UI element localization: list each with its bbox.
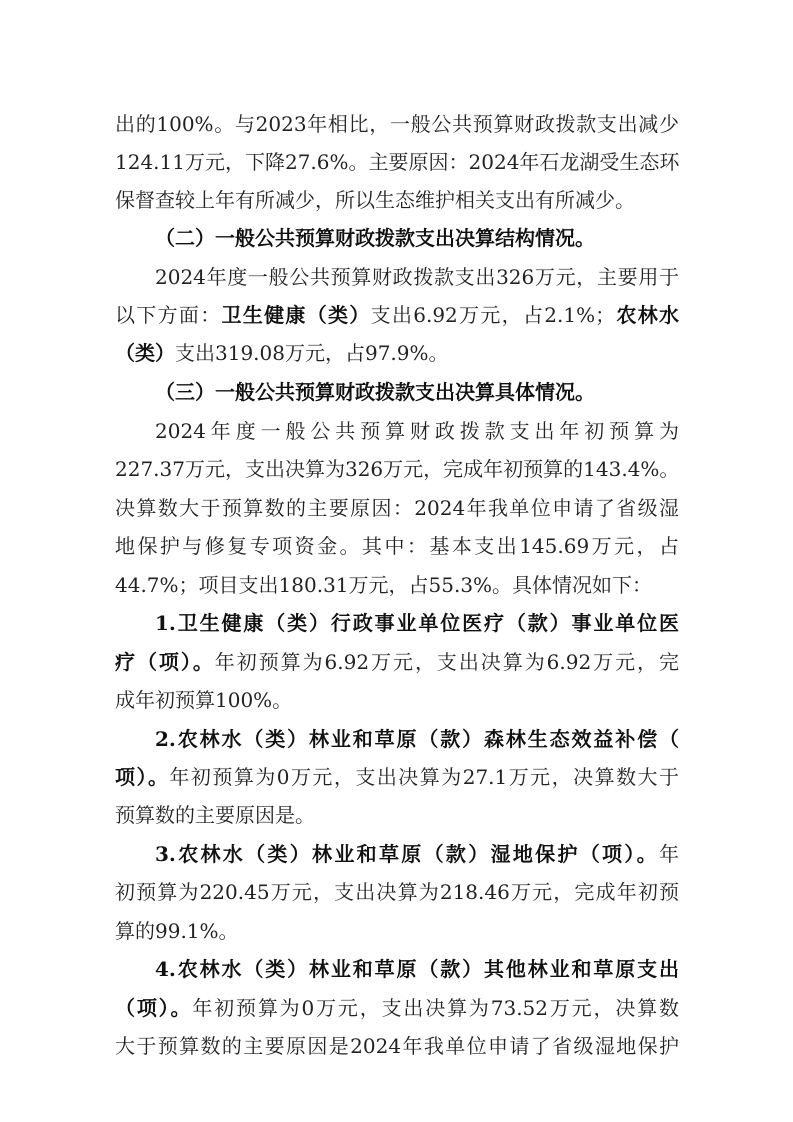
- paragraph-line: 初预算为220.45万元，支出决算为218.46万元，完成年初预: [115, 877, 679, 907]
- paragraph-line: 227.37万元，支出决算为326万元，完成年初预算的143.4%。: [115, 454, 679, 484]
- paragraph-line: 44.7%；项目支出180.31万元，占55.3%。具体情况如下：: [115, 570, 679, 600]
- text-run: 以下方面：: [115, 303, 222, 327]
- paragraph-line: 算的99.1%。: [115, 916, 679, 946]
- paragraph-line: 预算数的主要原因是。: [115, 800, 679, 830]
- text-run: 227.37万元，支出决算为326万元，完成年初预算的143.4%。: [115, 457, 679, 481]
- paragraph-line: （类）支出319.08万元，占97.9%。: [115, 338, 679, 368]
- item-title: 疗（项）。: [115, 650, 215, 674]
- heading-text: （三）一般公共预算财政拨款支出决算具体情况。: [155, 380, 595, 404]
- paragraph-line: 成年初预算100%。: [115, 685, 679, 715]
- paragraph-line: 124.11万元，下降27.6%。主要原因：2024年石龙湖受生态环: [115, 147, 679, 177]
- text-run: 年初预算为0万元，支出决算为27.1万元，决算数大于: [169, 765, 679, 789]
- text-run: 地保护与修复专项资金。其中：基本支出145.69万元，占: [115, 534, 679, 558]
- paragraph-line: 大于预算数的主要原因是2024年我单位申请了省级湿地保护: [115, 1031, 679, 1061]
- item-title: 1.卫生健康（类）行政事业单位医疗（款）事业单位医: [155, 611, 679, 635]
- item-title: （项）。: [115, 996, 192, 1020]
- text-run: 预算数的主要原因是。: [115, 803, 315, 827]
- bold-term: （类）: [115, 341, 175, 365]
- paragraph-line: 以下方面：卫生健康（类）支出6.92万元，占2.1%；农林水: [115, 300, 679, 330]
- text-run: 成年初预算100%。: [115, 688, 292, 712]
- paragraph-line: （项）。年初预算为0万元，支出决算为73.52万元，决算数: [115, 993, 679, 1023]
- text-run: 2024年度一般公共预算财政拨款支出年初预算为: [155, 419, 679, 443]
- text-run: 支出319.08万元，占97.9%。: [175, 341, 449, 365]
- item-title: 3.农林水（类）林业和草原（款）湿地保护（项）。: [155, 842, 659, 866]
- text-run: 44.7%；项目支出180.31万元，占55.3%。具体情况如下：: [115, 573, 652, 597]
- text-run: 保督查较上年有所减少，所以生态维护相关支出有所减少。: [115, 188, 635, 212]
- item-title: 项）。: [115, 765, 169, 789]
- paragraph-line: 地保护与修复专项资金。其中：基本支出145.69万元，占: [115, 531, 679, 561]
- paragraph-line: 项）。年初预算为0万元，支出决算为27.1万元，决算数大于: [115, 762, 679, 792]
- paragraph-line: 2024年度一般公共预算财政拨款支出年初预算为: [155, 416, 679, 446]
- paragraph-line: 出的100%。与2023年相比，一般公共预算财政拨款支出减少: [115, 109, 679, 139]
- text-run: 决算数大于预算数的主要原因：2024年我单位申请了省级湿: [115, 496, 679, 520]
- text-run: 算的99.1%。: [115, 919, 239, 943]
- heading-text: （二）一般公共预算财政拨款支出决算结构情况。: [155, 226, 595, 250]
- item-title: 2.农林水（类）林业和草原（款）森林生态效益补偿（: [155, 727, 679, 751]
- paragraph-line: 2024年度一般公共预算财政拨款支出326万元，主要用于: [155, 262, 679, 292]
- item-2-heading: 2.农林水（类）林业和草原（款）森林生态效益补偿（: [155, 724, 679, 754]
- text-run: 支出6.92万元，占2.1%；: [371, 303, 615, 327]
- text-run: 年初预算为6.92万元，支出决算为6.92万元，完: [215, 650, 679, 674]
- section-heading-3: （三）一般公共预算财政拨款支出决算具体情况。: [155, 377, 595, 407]
- text-run: 年初预算为0万元，支出决算为73.52万元，决算数: [192, 996, 679, 1020]
- paragraph-line: 决算数大于预算数的主要原因：2024年我单位申请了省级湿: [115, 493, 679, 523]
- paragraph-line: 疗（项）。年初预算为6.92万元，支出决算为6.92万元，完: [115, 647, 679, 677]
- text-run: 初预算为220.45万元，支出决算为218.46万元，完成年初预: [115, 880, 679, 904]
- text-run: 出的100%。与2023年相比，一般公共预算财政拨款支出减少: [115, 112, 679, 136]
- text-run: 年: [659, 842, 679, 866]
- bold-term: 农林水: [615, 303, 679, 327]
- text-run: 大于预算数的主要原因是2024年我单位申请了省级湿地保护: [115, 1034, 679, 1058]
- document-page: 出的100%。与2023年相比，一般公共预算财政拨款支出减少 124.11万元，…: [0, 0, 793, 1122]
- item-title: 4.农林水（类）林业和草原（款）其他林业和草原支出: [155, 957, 679, 981]
- item-4-heading: 4.农林水（类）林业和草原（款）其他林业和草原支出: [155, 954, 679, 984]
- section-heading-2: （二）一般公共预算财政拨款支出决算结构情况。: [155, 223, 595, 253]
- text-run: 2024年度一般公共预算财政拨款支出326万元，主要用于: [155, 265, 679, 289]
- item-1-heading: 1.卫生健康（类）行政事业单位医疗（款）事业单位医: [155, 608, 679, 638]
- text-run: 124.11万元，下降27.6%。主要原因：2024年石龙湖受生态环: [115, 150, 679, 174]
- item-3-heading: 3.农林水（类）林业和草原（款）湿地保护（项）。年: [155, 839, 679, 869]
- paragraph-line: 保督查较上年有所减少，所以生态维护相关支出有所减少。: [115, 185, 679, 215]
- bold-term: 卫生健康（类）: [222, 303, 371, 327]
